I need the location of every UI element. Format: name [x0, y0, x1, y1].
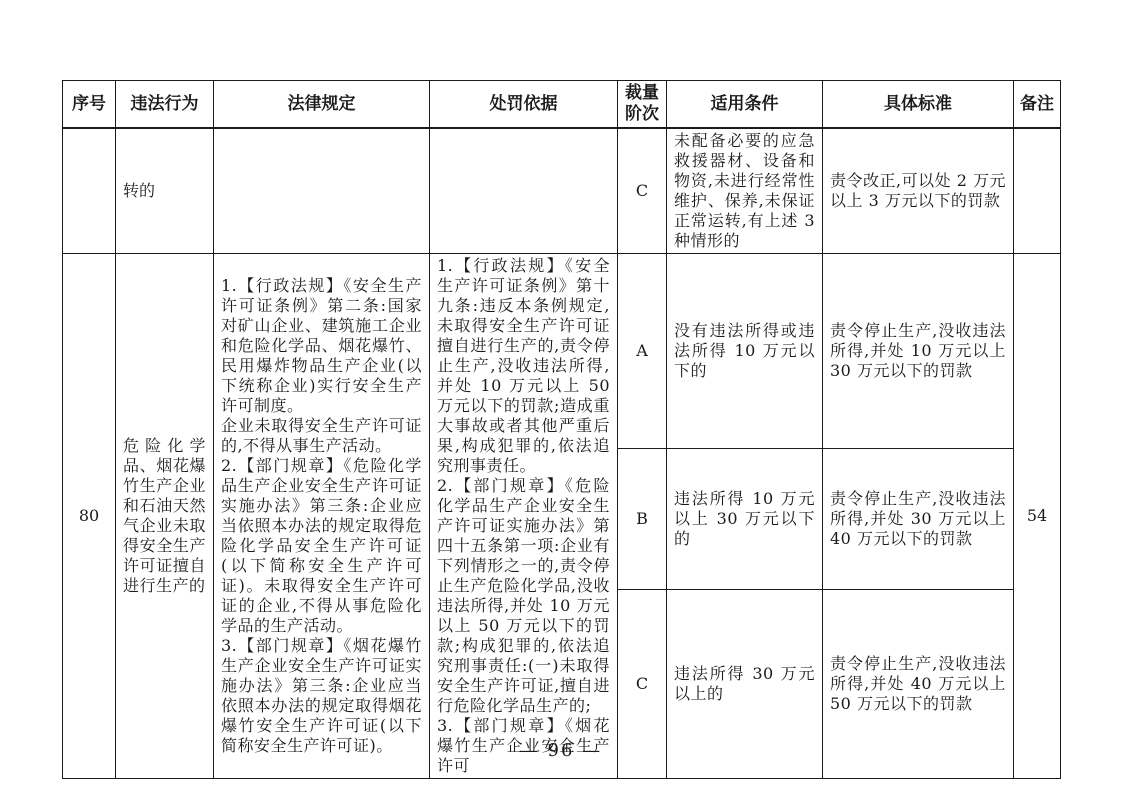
row-80-legal-provision-cell: 1.【行政法规】《安全生产许可证条例》第二条:国家对矿山企业、建筑施工企业和危险… — [214, 254, 430, 779]
continuation-row: 转的 C 未配备必要的应急救援器材、设备和物资,未进行经常性维护、保养,未保证正… — [63, 128, 1061, 254]
table-header-row: 序号 违法行为 法律规定 处罚依据 裁量阶次 适用条件 具体标准 备注 — [63, 81, 1061, 129]
header-remark: 备注 — [1014, 81, 1061, 129]
cont-legal-provision-cell — [214, 128, 430, 254]
tier-a-standard-cell: 责令停止生产,没收违法所得,并处 10 万元以上 30 万元以下的罚款 — [823, 254, 1014, 449]
header-seq: 序号 — [63, 81, 116, 129]
cont-tier-cell: C — [618, 128, 667, 254]
document-page: 序号 违法行为 法律规定 处罚依据 裁量阶次 适用条件 具体标准 备注 转的 C… — [0, 0, 1122, 793]
header-tier: 裁量阶次 — [618, 81, 667, 129]
row-80-penalty-basis-cell: 1.【行政法规】《安全生产许可证条例》第十九条:违反本条例规定,未取得安全生产许… — [430, 254, 618, 779]
cont-illegal-act-cell: 转的 — [116, 128, 214, 254]
header-standard: 具体标准 — [823, 81, 1014, 129]
tier-b-cell: B — [618, 449, 667, 590]
penalty-standards-table: 序号 违法行为 法律规定 处罚依据 裁量阶次 适用条件 具体标准 备注 转的 C… — [62, 80, 1061, 779]
cont-seq-cell — [63, 128, 116, 254]
tier-a-cell: A — [618, 254, 667, 449]
cont-remark-cell — [1014, 128, 1061, 254]
tier-b-condition-cell: 违法所得 10 万元以上 30 万元以下的 — [667, 449, 823, 590]
cont-condition-cell: 未配备必要的应急救援器材、设备和物资,未进行经常性维护、保养,未保证正常运转,有… — [667, 128, 823, 254]
page-number: — 96 — — [0, 740, 1122, 761]
row-80-tier-a: 80 危险化学品、烟花爆竹生产企业和石油天然气企业未取得安全生产许可证擅自进行生… — [63, 254, 1061, 449]
row-80-illegal-act-cell: 危险化学品、烟花爆竹生产企业和石油天然气企业未取得安全生产许可证擅自进行生产的 — [116, 254, 214, 779]
header-condition: 适用条件 — [667, 81, 823, 129]
header-penalty-basis: 处罚依据 — [430, 81, 618, 129]
row-80-remark-cell: 54 — [1014, 254, 1061, 779]
header-illegal-act: 违法行为 — [116, 81, 214, 129]
row-80-seq-cell: 80 — [63, 254, 116, 779]
header-legal-provision: 法律规定 — [214, 81, 430, 129]
cont-standard-cell: 责令改正,可以处 2 万元以上 3 万元以下的罚款 — [823, 128, 1014, 254]
tier-a-condition-cell: 没有违法所得或违法所得 10 万元以下的 — [667, 254, 823, 449]
cont-penalty-basis-cell — [430, 128, 618, 254]
tier-b-standard-cell: 责令停止生产,没收违法所得,并处 30 万元以上 40 万元以下的罚款 — [823, 449, 1014, 590]
